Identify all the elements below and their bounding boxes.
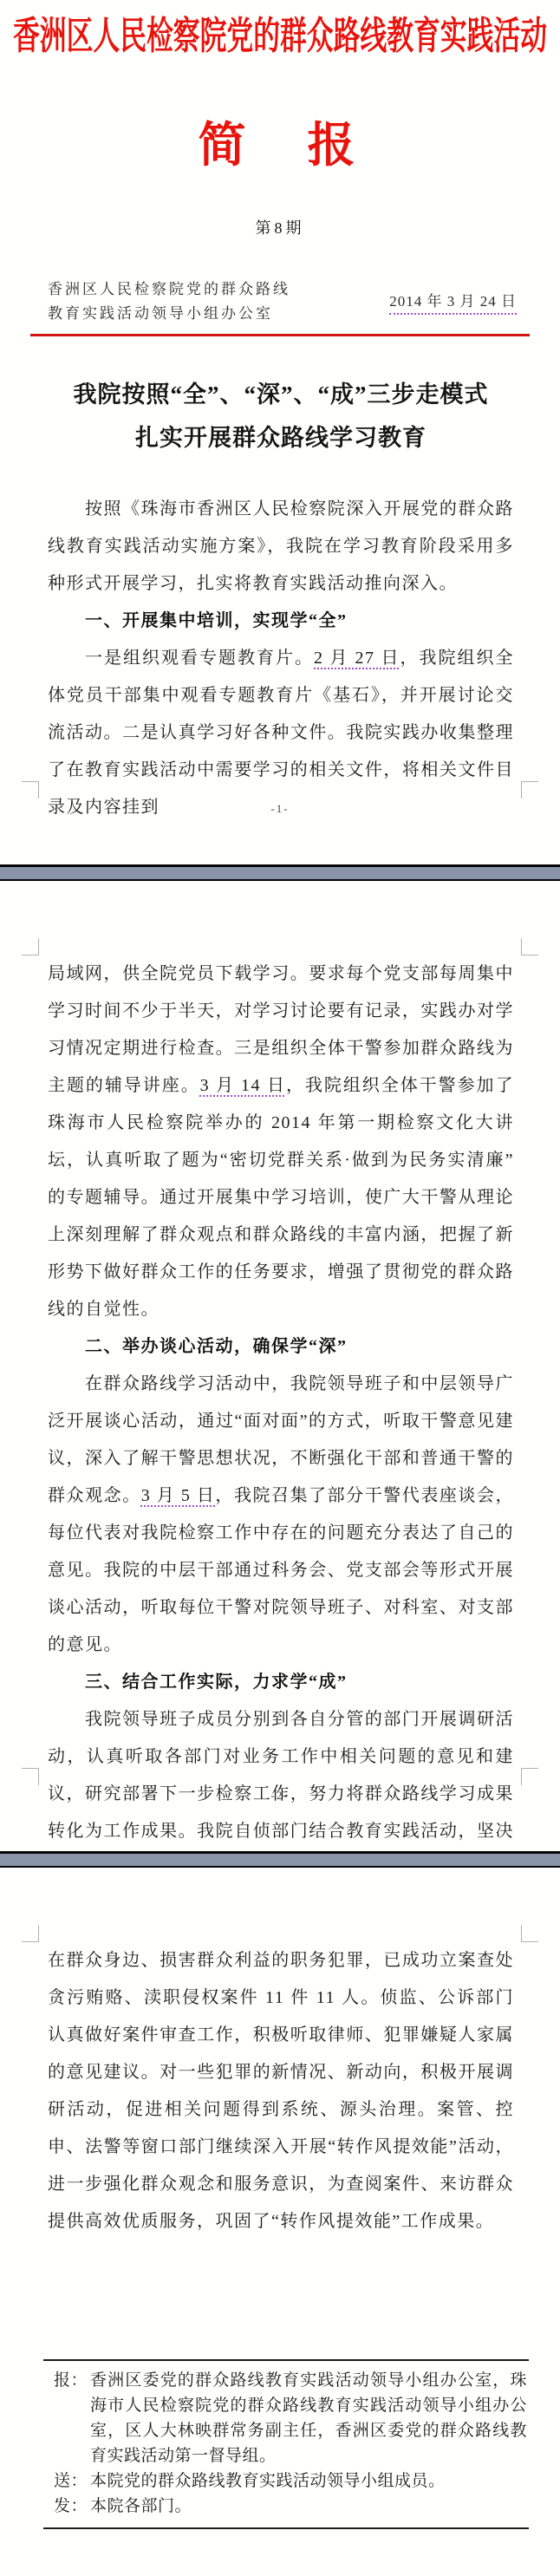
footer-issue-row: 发： 本院各部门。 bbox=[54, 2494, 527, 2519]
issuer-row: 香洲区人民检察院党的群众路线 教育实践活动领导小组办公室 2014 年 3 月 … bbox=[0, 277, 560, 326]
paragraph-text: 一是组织观看专题教育片。 bbox=[85, 649, 314, 668]
margin-corner-mark bbox=[22, 1925, 39, 1942]
page-number-2: -2- bbox=[0, 1789, 560, 1803]
page-2-body: 局域网，供全院党员下载学习。要求每个党支部每周集中学习时间不少于半天，对学习讨论… bbox=[48, 955, 514, 1851]
body-paragraph: 我院领导班子成员分别到各自分管的部门开展调研活动，认真听取各部门对业务工作中相关… bbox=[48, 1701, 514, 1851]
footer-report-row: 报： 香洲区委党的群众路线教育实践活动领导小组办公室，珠海市人民检察院党的群众路… bbox=[54, 2368, 527, 2468]
page-1: 香洲区人民检察院党的群众路线教育实践活动 简 报 第8期 香洲区人民检察院党的群… bbox=[0, 0, 560, 864]
footer-send-label: 送： bbox=[54, 2468, 90, 2494]
body-paragraph: 在群众路线学习活动中，我院领导班子和中层领导广泛开展谈心活动，通过“面对面”的方… bbox=[48, 1366, 514, 1664]
issuing-office-line-2: 教育实践活动领导小组办公室 bbox=[48, 302, 290, 326]
bulletin-document: 香洲区人民检察院党的群众路线教育实践活动 简 报 第8期 香洲区人民检察院党的群… bbox=[0, 0, 560, 2576]
bulletin-title: 简 报 bbox=[0, 121, 560, 170]
issue-number: 第8期 bbox=[0, 218, 560, 238]
page-separator bbox=[0, 1851, 560, 1868]
underlined-date: 3 月 5 日 bbox=[141, 1486, 216, 1505]
page-3: 在群众身边、损害群众利益的职务犯罪，已成功立案查处贪污贿赂、渎职侵权案件 11 … bbox=[0, 1868, 560, 2576]
body-paragraph: 在群众身边、损害群众利益的职务犯罪，已成功立案查处贪污贿赂、渎职侵权案件 11 … bbox=[48, 1942, 514, 2240]
margin-corner-mark bbox=[22, 938, 39, 955]
paragraph-text: 在群众身边、损害群众利益的职务犯罪，已成功立案查处贪污贿赂、渎职侵权案件 11 … bbox=[48, 1951, 514, 2231]
article-title: 我院按照“全”、“深”、“成”三步走模式扎实开展群众路线学习教育 bbox=[48, 373, 514, 460]
paragraph-text: ，我院组织全体干警参加了珠海市人民检察院举办的 2014 年第一期检察文化大讲坛… bbox=[48, 1076, 514, 1319]
underlined-date: 2 月 27 日 bbox=[314, 649, 400, 668]
section-heading: 三、结合工作实际，力求学“成” bbox=[48, 1664, 514, 1701]
body-paragraph: 局域网，供全院党员下载学习。要求每个党支部每周集中学习时间不少于半天，对学习讨论… bbox=[48, 955, 514, 1328]
margin-corner-mark bbox=[22, 1768, 39, 1785]
red-divider-rule bbox=[30, 334, 530, 336]
page-separator bbox=[0, 864, 560, 881]
body-paragraph: 按照《珠海市香洲区人民检察院深入开展党的群众路线教育实践活动实施方案》，我院在学… bbox=[48, 491, 514, 603]
distribution-footer: 报： 香洲区委党的群众路线教育实践活动领导小组办公室，珠海市人民检察院党的群众路… bbox=[43, 2359, 529, 2529]
margin-corner-mark bbox=[22, 781, 39, 799]
masthead-org-line: 香洲区人民检察院党的群众路线教育实践活动 bbox=[0, 10, 560, 62]
issuing-office: 香洲区人民检察院党的群众路线 教育实践活动领导小组办公室 bbox=[48, 277, 290, 326]
margin-corner-mark bbox=[521, 938, 538, 955]
footer-issue-text: 本院各部门。 bbox=[90, 2494, 527, 2519]
footer-send-text: 本院党的群众路线教育实践活动领导小组成员。 bbox=[90, 2468, 527, 2494]
page-2: 局域网，供全院党员下载学习。要求每个党支部每周集中学习时间不少于半天，对学习讨论… bbox=[0, 881, 560, 1851]
article-title-line: 扎实开展群众路线学习教育 bbox=[135, 425, 427, 451]
margin-corner-mark bbox=[521, 1925, 538, 1942]
footer-report-text: 香洲区委党的群众路线教育实践活动领导小组办公室，珠海市人民检察院党的群众路线教育… bbox=[90, 2368, 527, 2468]
margin-corner-mark bbox=[521, 781, 538, 799]
masthead-org-text: 香洲区人民检察院党的群众路线教育实践活动 bbox=[13, 10, 547, 62]
body-paragraph: 一是组织观看专题教育片。2 月 27 日，我院组织全体党员干部集中观看专题教育片… bbox=[48, 640, 514, 826]
footer-send-row: 送： 本院党的群众路线教育实践活动领导小组成员。 bbox=[54, 2468, 527, 2494]
footer-issue-label: 发： bbox=[54, 2494, 90, 2519]
footer-report-label: 报： bbox=[54, 2368, 90, 2468]
issuing-office-line-1: 香洲区人民检察院党的群众路线 bbox=[48, 277, 290, 302]
masthead: 香洲区人民检察院党的群众路线教育实践活动 简 报 第8期 香洲区人民检察院党的群… bbox=[0, 10, 560, 336]
paragraph-text: ，我院组织全体党员干部集中观看专题教育片《基石》，并开展讨论交流活动。二是认真学… bbox=[48, 649, 514, 817]
issue-date: 2014 年 3 月 24 日 bbox=[389, 289, 517, 315]
section-heading: 二、举办谈心活动，确保学“深” bbox=[48, 1328, 514, 1366]
article-title-line: 我院按照“全”、“深”、“成”三步走模式 bbox=[74, 382, 489, 408]
section-heading: 一、开展集中培训，实现学“全” bbox=[48, 603, 514, 640]
page-number-1: -1- bbox=[0, 802, 560, 816]
underlined-date: 3 月 14 日 bbox=[200, 1076, 286, 1095]
paragraph-text: 按照《珠海市香洲区人民检察院深入开展党的群众路线教育实践活动实施方案》，我院在学… bbox=[48, 499, 514, 593]
page-1-body: 我院按照“全”、“深”、“成”三步走模式扎实开展群众路线学习教育按照《珠海市香洲… bbox=[48, 373, 514, 826]
page-3-body: 在群众身边、损害群众利益的职务犯罪，已成功立案查处贪污贿赂、渎职侵权案件 11 … bbox=[48, 1942, 514, 2240]
paragraph-text: ，我院召集了部分干警代表座谈会，每位代表对我院检察工作中存在的问题充分表达了自己… bbox=[48, 1486, 514, 1654]
margin-corner-mark bbox=[521, 1768, 538, 1785]
paragraph-text: 我院领导班子成员分别到各自分管的部门开展调研活动，认真听取各部门对业务工作中相关… bbox=[48, 1710, 514, 1851]
